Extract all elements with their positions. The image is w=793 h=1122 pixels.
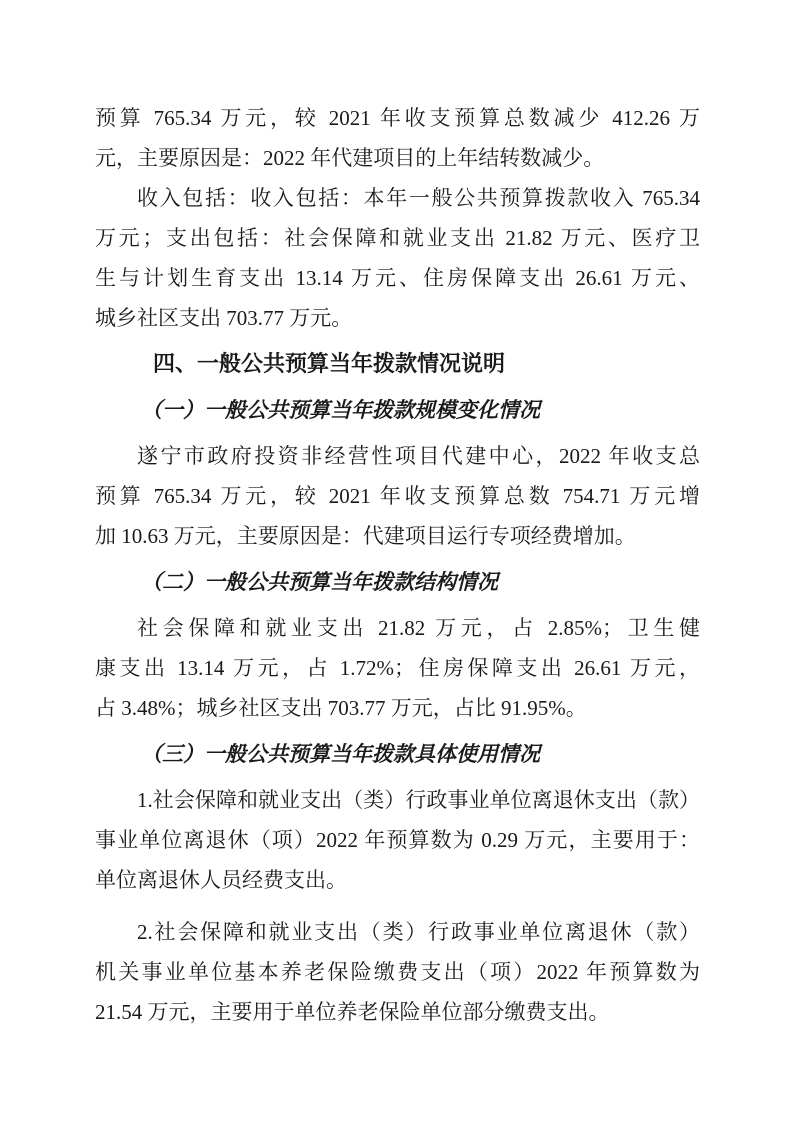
document-body: 预算 765.34 万元，较 2021 年收支预算总数减少 412.26 万元，… <box>95 98 700 1032</box>
text-line: 预算 765.34 万元，较 2021 年收支预算总数 754.71 万元增 <box>95 476 700 516</box>
text-line: 元，主要原因是：2022 年代建项目的上年结转数减少。 <box>95 138 700 178</box>
paragraph: 遂宁市政府投资非经营性项目代建中心，2022 年收支总预算 765.34 万元，… <box>95 436 700 556</box>
subsection-heading: （三）一般公共预算当年拨款具体使用情况 <box>95 734 700 774</box>
paragraph: 预算 765.34 万元，较 2021 年收支预算总数减少 412.26 万元，… <box>95 98 700 178</box>
document-page: 预算 765.34 万元，较 2021 年收支预算总数减少 412.26 万元，… <box>0 0 793 1122</box>
text-line: 占 3.48%；城乡社区支出 703.77 万元，占比 91.95%。 <box>95 688 700 728</box>
text-line: 21.54 万元，主要用于单位养老保险单位部分缴费支出。 <box>95 992 700 1032</box>
text-line: 2.社会保障和就业支出（类）行政事业单位离退休（款） <box>95 912 700 952</box>
text-line: 社会保障和就业支出 21.82 万元，占 2.85%；卫生健 <box>95 608 700 648</box>
text-line: 事业单位离退休（项）2022 年预算数为 0.29 万元，主要用于： <box>95 820 700 860</box>
text-line: 预算 765.34 万元，较 2021 年收支预算总数减少 412.26 万 <box>95 98 700 138</box>
text-line: 城乡社区支出 703.77 万元。 <box>95 298 700 338</box>
paragraph: 1.社会保障和就业支出（类）行政事业单位离退休支出（款）事业单位离退休（项）20… <box>95 780 700 900</box>
text-line: 万元；支出包括：社会保障和就业支出 21.82 万元、医疗卫 <box>95 218 700 258</box>
paragraph: 2.社会保障和就业支出（类）行政事业单位离退休（款）机关事业单位基本养老保险缴费… <box>95 912 700 1032</box>
heading-text: （二）一般公共预算当年拨款结构情况 <box>95 562 700 602</box>
subsection-heading: （一）一般公共预算当年拨款规模变化情况 <box>95 390 700 430</box>
text-line: 生与计划生育支出 13.14 万元、住房保障支出 26.61 万元、 <box>95 258 700 298</box>
text-line: 机关事业单位基本养老保险缴费支出（项）2022 年预算数为 <box>95 952 700 992</box>
paragraph: 社会保障和就业支出 21.82 万元，占 2.85%；卫生健康支出 13.14 … <box>95 608 700 728</box>
heading-text: （一）一般公共预算当年拨款规模变化情况 <box>95 390 700 430</box>
text-line: 加 10.63 万元，主要原因是：代建项目运行专项经费增加。 <box>95 516 700 556</box>
text-line: 康支出 13.14 万元，占 1.72%；住房保障支出 26.61 万元， <box>95 648 700 688</box>
text-line: 收入包括：收入包括：本年一般公共预算拨款收入 765.34 <box>95 178 700 218</box>
subsection-heading: （二）一般公共预算当年拨款结构情况 <box>95 562 700 602</box>
paragraph: 收入包括：收入包括：本年一般公共预算拨款收入 765.34万元；支出包括：社会保… <box>95 178 700 338</box>
text-line: 1.社会保障和就业支出（类）行政事业单位离退休支出（款） <box>95 780 700 820</box>
heading-text: （三）一般公共预算当年拨款具体使用情况 <box>95 734 700 774</box>
section-heading: 四、一般公共预算当年拨款情况说明 <box>95 344 700 384</box>
text-line: 遂宁市政府投资非经营性项目代建中心，2022 年收支总 <box>95 436 700 476</box>
text-line: 单位离退休人员经费支出。 <box>95 860 700 900</box>
heading-text: 四、一般公共预算当年拨款情况说明 <box>95 344 700 384</box>
